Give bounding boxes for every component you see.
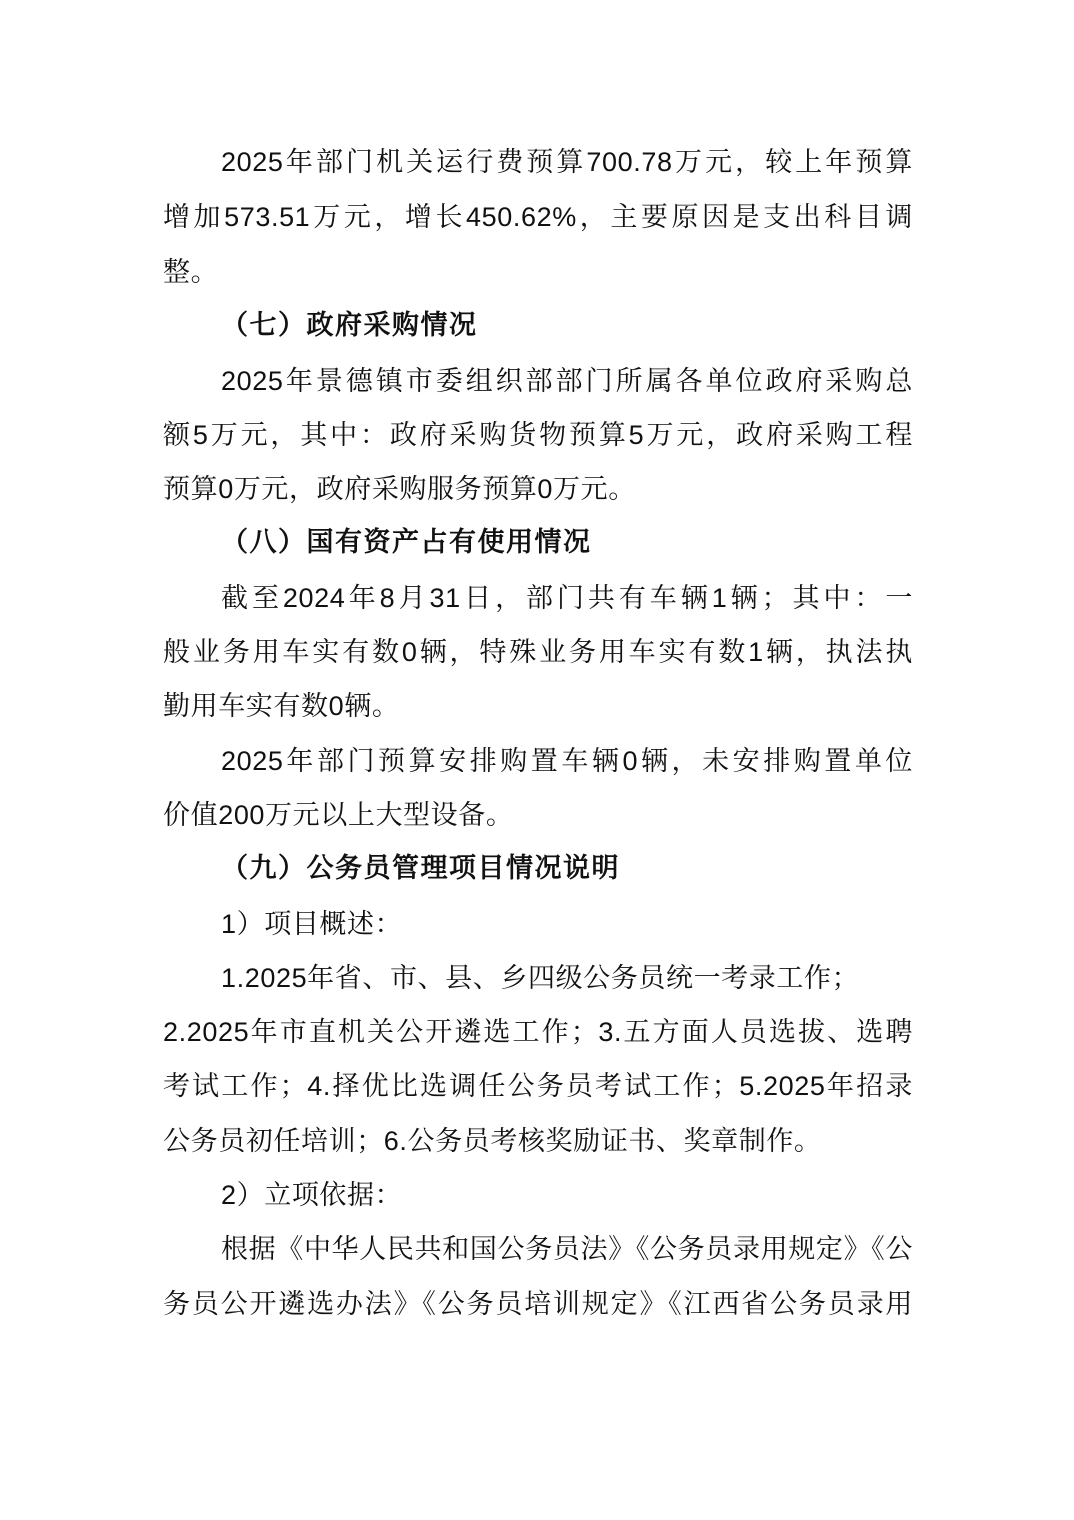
paragraph-line: 2025年部门预算安排购置车辆0辆，未安排购置单位 [221,743,913,779]
paragraph-line: 根据《中华人民共和国公务员法》《公务员录用规定》《公 [221,1231,913,1267]
paragraph-line: 增加573.51万元，增长450.62%，主要原因是支出科目调 [163,199,913,235]
paragraph-line: 额5万元，其中：政府采购货物预算5万元，政府采购工程 [163,417,913,453]
paragraph-line: 勤用车实有数0辆。 [163,688,913,724]
paragraph-line: 2025年部门机关运行费预算700.78万元，较上年预算 [221,144,913,180]
paragraph-line: 务员公开遴选办法》《公务员培训规定》《江西省公务员录用 [163,1286,913,1322]
section-heading-assets: （八）国有资产占有使用情况 [221,525,913,561]
paragraph-line: 考试工作；4.择优比选调任公务员考试工作；5.2025年招录 [163,1068,913,1104]
document-page: 2025年部门机关运行费预算700.78万元，较上年预算 增加573.51万元，… [0,0,1074,1520]
subheading-basis: 2）立项依据： [221,1177,913,1213]
paragraph-line: 预算0万元，政府采购服务预算0万元。 [163,471,913,507]
paragraph-line: 截至2024年8月31日，部门共有车辆1辆；其中：一 [221,580,913,616]
paragraph-line: 2025年景德镇市委组织部部门所属各单位政府采购总 [221,363,913,399]
section-heading-civil-servant-project: （九）公务员管理项目情况说明 [221,851,913,887]
paragraph-line: 2.2025年市直机关公开遴选工作；3.五方面人员选拔、选聘 [163,1014,913,1050]
paragraph-line: 整。 [163,254,913,290]
section-heading-procurement: （七）政府采购情况 [221,308,913,344]
subheading-overview: 1）项目概述： [221,906,913,942]
paragraph-line: 般业务用车实有数0辆，特殊业务用车实有数1辆，执法执 [163,634,913,670]
paragraph-line: 1.2025年省、市、县、乡四级公务员统一考录工作； [221,960,913,996]
paragraph-line: 公务员初任培训；6.公务员考核奖励证书、奖章制作。 [163,1123,913,1159]
paragraph-line: 价值200万元以上大型设备。 [163,797,913,833]
